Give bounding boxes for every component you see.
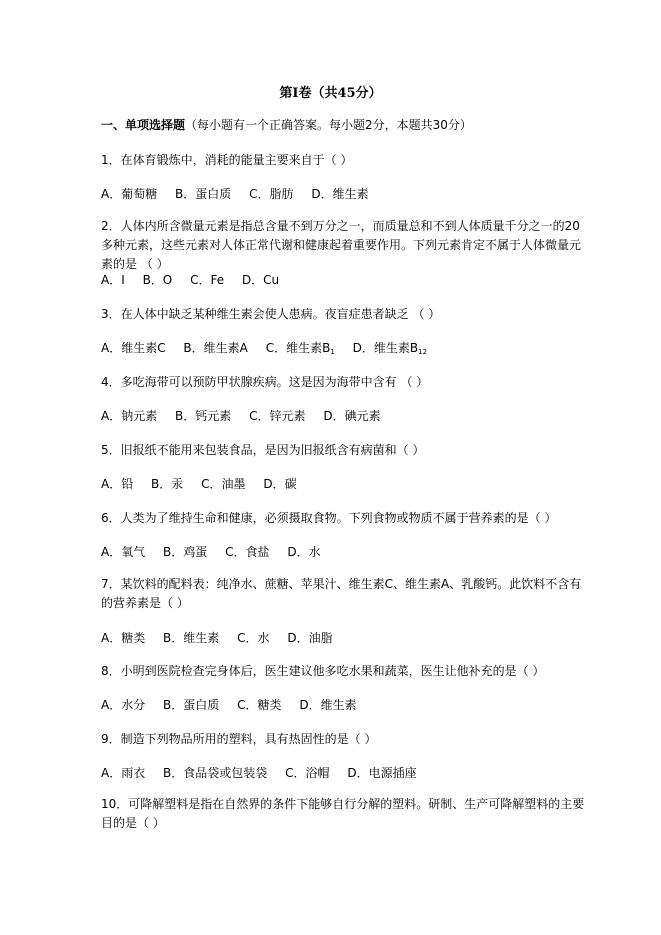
question-stem-4: 4．多吃海带可以预防甲状腺疾病。这是因为海带中含有 （ ） [101,375,428,389]
option-b: B．食品袋或包装袋 [163,766,267,780]
question-options-6: A．氧气 B．鸡蛋 C．食盐 D．水 [101,545,335,559]
question-options-4: A．钠元素 B．钙元素 C．锌元素 D．碘元素 [101,409,395,423]
question-options-8: A．水分 B．蛋白质 C．糖类 D．维生素 [101,698,371,712]
section-heading: 一、单项选择题 [101,118,185,132]
option-b: B．钙元素 [175,409,231,423]
option-d: D．电源插座 [347,766,416,780]
option-d: D．维生素 [299,698,356,712]
option-b: B．蛋白质 [175,187,231,201]
option-b: B．O [143,273,173,287]
option-a: A．钠元素 [101,409,157,423]
option-c: C．Fe [190,273,224,287]
option-a: A．铅 [101,477,133,491]
question-stem-1: 1．在体育锻炼中，消耗的能量主要来自于（ ） [101,153,352,167]
option-a: A．氧气 [101,545,145,559]
option-d: D．水 [287,545,320,559]
option-a: A．葡萄糖 [101,187,157,201]
question-stem-2: 2．人体内所含微量元素是指总含量不到万分之一，而质量总和不到人体质量千分之一的2… [101,217,591,274]
option-d: D．油脂 [287,631,332,645]
option-b: B．维生素A [183,341,247,355]
option-d-subscript: 12 [418,348,427,356]
question-options-3: A．维生素C B．维生素A C．维生素B1 D．维生素B12 [101,341,441,359]
question-stem-6: 6．人类为了维持生命和健康，必须摄取食物。下列食物或物质不属于营养素的是（ ） [101,511,556,525]
option-a: A．糖类 [101,631,145,645]
question-options-9: A．雨衣 B．食品袋或包装袋 C．浴帽 D．电源插座 [101,766,431,780]
option-c: C．糖类 [237,698,281,712]
option-c: C．食盐 [225,545,269,559]
question-stem-8: 8．小明到医院检查完身体后，医生建议他多吃水果和蔬菜，医生让他补充的是（ ） [101,664,544,678]
option-b: B．蛋白质 [163,698,219,712]
option-c: C．维生素B1 [266,341,335,359]
option-b: B．汞 [151,477,183,491]
option-a-text: A．维生素C [101,341,166,355]
question-stem-9: 9．制造下列物品所用的塑料，具有热固性的是（ ） [101,732,376,746]
question-stem-7: 7．某饮料的配料表：纯净水、蔗糖、苹果汁、维生素C、维生素A、乳酸钙。此饮料不含… [101,575,591,613]
option-c: C．油墨 [201,477,245,491]
option-c: C．水 [237,631,269,645]
option-a: A．维生素C [101,341,166,355]
section-heading-line: 一、单项选择题（每小题有一个正确答案。每小题2分，本题共30分） [101,118,472,132]
question-stem-3: 3．在人体中缺乏某种维生素会使人患病。夜盲症患者缺乏 （ ） [101,307,440,321]
option-a: A．雨衣 [101,766,145,780]
question-options-1: A．葡萄糖 B．蛋白质 C．脂肪 D．维生素 [101,187,383,201]
question-stem-5: 5．旧报纸不能用来包装食品，是因为旧报纸含有病菌和（ ） [101,443,424,457]
option-c: C．脂肪 [249,187,293,201]
option-b: B．鸡蛋 [163,545,207,559]
option-c-subscript: 1 [330,348,334,356]
option-c: C．浴帽 [285,766,329,780]
option-d: D．碳 [263,477,296,491]
option-c: C．锌元素 [249,409,305,423]
option-d: D．Cu [242,273,279,287]
option-d: D．碘元素 [323,409,380,423]
option-d: D．维生素B12 [353,341,427,359]
option-c-text: C．维生素B [266,341,331,355]
option-a: A．水分 [101,698,145,712]
option-b-text: B．维生素A [183,341,247,355]
paper-title: 第Ⅰ卷（共45分） [0,82,661,101]
option-a: A．I [101,273,125,287]
section-note: （每小题有一个正确答案。每小题2分，本题共30分） [185,118,472,132]
exam-page: 第Ⅰ卷（共45分） 一、单项选择题（每小题有一个正确答案。每小题2分，本题共30… [0,0,661,935]
option-d-text: D．维生素B [353,341,418,355]
question-options-7: A．糖类 B．维生素 C．水 D．油脂 [101,631,347,645]
question-stem-10: 10．可降解塑料是指在自然界的条件下能够自行分解的塑料。研制、生产可降解塑料的主… [101,795,591,833]
question-options-2: A．I B．O C．Fe D．Cu [101,273,293,287]
option-d: D．维生素 [311,187,368,201]
question-options-5: A．铅 B．汞 C．油墨 D．碳 [101,477,311,491]
option-b: B．维生素 [163,631,219,645]
